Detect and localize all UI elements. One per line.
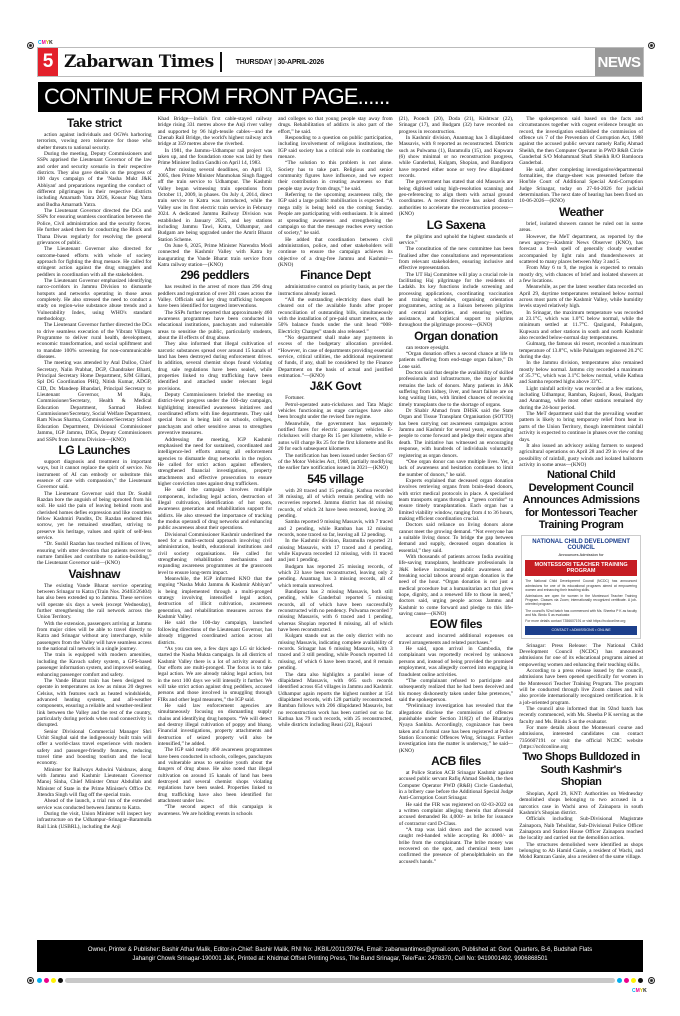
- paragraph: “Dr. Sushil Razdan has touched millions …: [37, 541, 152, 566]
- paragraph: “As you can see, a few days ago LG sir k…: [158, 646, 273, 703]
- paragraph: and colleges so that young people stay a…: [278, 116, 393, 135]
- page-number: 5: [38, 48, 58, 76]
- paragraph: “Organ donation offers a second chance a…: [399, 351, 514, 370]
- paragraph: at Police Station ACB Srinagar Kashmir a…: [399, 770, 514, 802]
- paragraph: The existing Vande Bharat service operat…: [37, 583, 152, 621]
- paragraph: with 28 traced and 15 pending. Kathua re…: [278, 488, 393, 520]
- paragraph: The spokesperson said based on the facts…: [519, 116, 643, 167]
- paragraph: He said the 100-day campaign, launched f…: [158, 620, 273, 645]
- paragraph: The Vande Bharat train has been designed…: [37, 678, 152, 729]
- column-1: Take strict action against individuals a…: [37, 116, 152, 934]
- paragraph: has resulted in the arrest of more than …: [158, 284, 273, 309]
- magenta-swatch-icon: [624, 978, 629, 983]
- black-swatch-icon: [58, 978, 63, 983]
- paragraph: Dr Shabir Ahmad from DHSK said the State…: [399, 408, 514, 459]
- paragraph: However, the MeT department, as reported…: [519, 234, 643, 266]
- masthead: 5 Zabarwan Times THURSDAY | 30-APRIL-202…: [37, 47, 644, 77]
- paragraph: account and incurred additional expenses…: [399, 633, 514, 646]
- paragraph: In Kashmir division, Anantnag has 3 dila…: [399, 135, 514, 179]
- paragraph: He said the FIR was registered on 02-03-…: [399, 802, 514, 827]
- paragraph: The council also informed that its 92nd …: [519, 706, 643, 725]
- paragraph: Light rainfall activity was recorded at …: [519, 386, 643, 411]
- paragraph: He said, upon arrival in Cambodia, the c…: [399, 646, 514, 678]
- paragraph: The MeT department said that the prevail…: [519, 411, 643, 443]
- imprint-footer: Owner, Printer & Publisher: Bashir Athar…: [37, 940, 643, 972]
- black-swatch-icon: [638, 978, 643, 983]
- paragraph: After missing several deadlines, on Apri…: [158, 167, 273, 243]
- paragraph: The notification has been issued under S…: [278, 453, 393, 472]
- paragraph: In Srinagar, the maximum temperature was…: [519, 310, 643, 342]
- headline-acb-files: ACB files: [399, 755, 514, 768]
- paragraph: He said law enforcement agencies are sim…: [158, 703, 273, 747]
- headline-weather: Weather: [519, 206, 643, 219]
- headline-vaishnaw: Vaishnaw: [37, 568, 152, 581]
- date: 30-APRIL-2026: [277, 59, 323, 66]
- paragraph: The train is equipped with modern amenit…: [37, 652, 152, 677]
- paragraph: Bandipora has 2 missing Massavis, both s…: [278, 589, 393, 633]
- paragraph: Minister for Railways Ashwini Vaishnaw, …: [37, 767, 152, 799]
- headline-lg-launches: LG Launches: [37, 444, 152, 457]
- paragraph: The constitution of the new committee ha…: [399, 246, 514, 271]
- paragraph: “The complainant refused to participate …: [399, 678, 514, 703]
- paragraph: Experts explained that deceased organ do…: [399, 478, 514, 522]
- paragraph: According to a press release issued by t…: [519, 668, 643, 706]
- yellow-swatch-icon: [51, 978, 56, 983]
- paragraph: Shopian, April 29, KNT: Authorities on W…: [519, 791, 643, 816]
- paragraph: Senior Divisional Commercial Manager Shr…: [37, 729, 152, 767]
- paragraph: Referring to the upcoming awareness rall…: [278, 192, 393, 236]
- paragraph: “All the outstanding electricity dues sh…: [278, 297, 393, 335]
- cmyk-marker: CMYK: [632, 988, 647, 994]
- dateline: THURSDAY | 30-APRIL-2026: [236, 59, 324, 66]
- paragraph: “One organ donor can save multiple lives…: [399, 459, 514, 478]
- newspaper-brand: Zabarwan Times: [58, 52, 222, 72]
- ncdc-advertisement: NATIONAL CHILD DEVELOPMENT COUNCIL Annou…: [521, 535, 641, 639]
- paragraph: On June 6, 2025, Prime Minister Narendra…: [158, 243, 273, 268]
- ad-program-title: MONTESSORI TEACHER TRAINING PROGRAM: [525, 560, 637, 577]
- headline-296-peddlers: 296 peddlers: [158, 269, 273, 282]
- paragraph: He said the campaign involves multiple c…: [158, 487, 273, 531]
- paragraph: the pilgrims and uphold the highest stan…: [399, 234, 514, 247]
- column-3: and colleges so that young people stay a…: [278, 116, 393, 934]
- cyan-swatch-icon: [37, 978, 42, 983]
- paragraph: Srinagar: Press Release: The National Ch…: [519, 643, 643, 668]
- paragraph: He said, after completing investigative/…: [519, 167, 643, 205]
- paragraph: During the meeting, Deputy Commissioners…: [37, 151, 152, 208]
- paragraph: Samba reported 9 missing Massavis, with …: [278, 519, 393, 538]
- headline-jk-govt: J&K Govt: [278, 380, 393, 393]
- paragraph: support diagnosis and treatment in impor…: [37, 459, 152, 491]
- paragraph: Gulmarg, the famous ski resort, recorded…: [519, 341, 643, 360]
- print-color-bar: [37, 977, 643, 983]
- paragraph: The Lieutenant Governor emphasized ident…: [37, 278, 152, 322]
- headline-eow-files: EOW files: [399, 618, 514, 631]
- paragraph: action against individuals and OGWs harb…: [37, 132, 152, 151]
- paragraph: Responding to a question on public parti…: [278, 135, 393, 160]
- gray-bar: [65, 978, 615, 983]
- registration-mark-icon: [27, 42, 34, 49]
- paragraph: With the extension, passengers arriving …: [37, 621, 152, 653]
- ad-subtitle: Announces Admission for: [525, 552, 637, 558]
- paragraph: They also informed that illegal cultivat…: [158, 341, 273, 392]
- paragraph: Addressing the meeting, IGP Kashmir emph…: [158, 437, 273, 488]
- paragraph: administrative control on priority basis…: [278, 284, 393, 297]
- yellow-swatch-icon: [631, 978, 636, 983]
- cmyk-marker: CMYK: [38, 40, 53, 46]
- column-5: The spokesperson said based on the facts…: [519, 116, 643, 934]
- paragraph: In the Kashmir division, Baramulla repor…: [278, 538, 393, 563]
- paragraph: With thousands of patients across India …: [399, 554, 514, 617]
- headline-take-strict: Take strict: [37, 117, 152, 130]
- paragraph: Deputy Commissioners briefed the meeting…: [158, 392, 273, 436]
- registration-mark-icon: [648, 977, 655, 984]
- headline-shopian: Two Shops Bulldozed in South Kashmir's S…: [519, 751, 643, 789]
- paragraph: He added that coordination between civil…: [278, 237, 393, 269]
- paragraph: From May 6 to 9, the region is expected …: [519, 265, 643, 284]
- headline-organ-donation: Organ donation: [399, 330, 514, 343]
- paragraph: Doctors said that despite the availabili…: [399, 370, 514, 408]
- paragraph: It also issued an advisory asking farmer…: [519, 443, 643, 468]
- paragraph: Divisional Commissioner Kashmir underlin…: [158, 532, 273, 576]
- paragraph: Officials including Sub-Divisional Magis…: [519, 816, 643, 841]
- cyan-swatch-icon: [617, 978, 622, 983]
- paragraph: The Lieutenant Governor directed the DCs…: [37, 208, 152, 246]
- ad-org-name: NATIONAL CHILD DEVELOPMENT COUNCIL: [525, 539, 637, 552]
- paragraph: In the Jammu division, temperatures also…: [519, 360, 643, 385]
- paragraph: In 1981, the Jammu–Udhampur rail project…: [158, 148, 273, 167]
- paragraph: Doctors said reliance on living donors a…: [399, 522, 514, 554]
- headline-lg-saxena: LG Saxena: [399, 219, 514, 232]
- imprint-line-2: Jahangir Chowk Srinagar-190001 J&K, Prin…: [37, 955, 643, 964]
- paragraph: Meanwhile, the government has separately…: [278, 421, 393, 453]
- paragraph: “A trap was laid down and the accused wa…: [399, 827, 514, 865]
- paragraph: The SSPs further reported that approxima…: [158, 310, 273, 342]
- paragraph: The meeting was attended by Atal Dulloo,…: [37, 360, 152, 442]
- paragraph: “No department shall make any payments i…: [278, 335, 393, 379]
- paragraph: The data also highlights a parallel issu…: [278, 672, 393, 729]
- page-banner: CONTINUE FROM FRONT PAGE......: [38, 82, 642, 112]
- paragraph: The Lieutenant Governor also directed fo…: [37, 246, 152, 278]
- paragraph: Petrol-operated auto-rickshaws and Tata …: [278, 402, 393, 421]
- headline-ncdc: National Child Development Council Annou…: [519, 469, 643, 532]
- headline-545-village: 545 village: [278, 473, 393, 486]
- paragraph: During the visit, Union Minister will in…: [37, 811, 152, 830]
- section-tag: NEWS: [595, 48, 643, 76]
- paragraph: For more details about the Montessori co…: [519, 725, 643, 750]
- paragraph: The Lieutenant Governor said that Dr. Su…: [37, 491, 152, 542]
- paragraph: The IGP said nearly 460 awareness progra…: [158, 747, 273, 804]
- paragraph: Meanwhile, the IGP informed KNO that the…: [158, 576, 273, 620]
- paragraph: The government has stated that old Massa…: [399, 179, 514, 217]
- paragraph: Budgam has reported 25 missing records, …: [278, 564, 393, 589]
- paragraph: Ahead of the launch, a trial run of the …: [37, 798, 152, 811]
- magenta-swatch-icon: [44, 978, 49, 983]
- registration-mark-icon: [648, 42, 655, 49]
- paragraph: Khad Bridge—India's first cable-stayed r…: [158, 116, 273, 148]
- paragraph: Meanwhile, as per the latest weather dat…: [519, 284, 643, 309]
- article-columns: Take strict action against individuals a…: [37, 116, 643, 934]
- column-2: Khad Bridge—India's first cable-stayed r…: [158, 116, 273, 934]
- paragraph: “Preliminary investigation has revealed …: [399, 703, 514, 754]
- ad-body: The National Child Development Council (…: [525, 579, 637, 623]
- imprint-line-1: Owner, Printer & Publisher: Bashir Athar…: [37, 946, 643, 955]
- paragraph: (21), Poonch (20), Doda (21), Kishtwar (…: [399, 116, 514, 135]
- day: THURSDAY: [236, 59, 273, 66]
- headline-finance-dept: Finance Dept: [278, 269, 393, 282]
- paragraph: The structures demolished were identifie…: [519, 842, 643, 861]
- registration-mark-icon: [27, 977, 34, 984]
- paragraph: brief, isolated showers cannot be ruled …: [519, 221, 643, 234]
- paragraph: The Lieutenant Governor further directed…: [37, 322, 152, 360]
- ad-footer: CONTACT • ADMISSIONS • ONLINE: [525, 626, 637, 634]
- paragraph: The UT Haj Committee will play a crucial…: [399, 272, 514, 329]
- paragraph: “The solution to this problem is not alo…: [278, 160, 393, 192]
- column-4: (21), Poonch (20), Doda (21), Kishtwar (…: [399, 116, 514, 934]
- paragraph: “The second aspect of this campaign is a…: [158, 804, 273, 817]
- paragraph: Kulgam stands out as the only district w…: [278, 633, 393, 671]
